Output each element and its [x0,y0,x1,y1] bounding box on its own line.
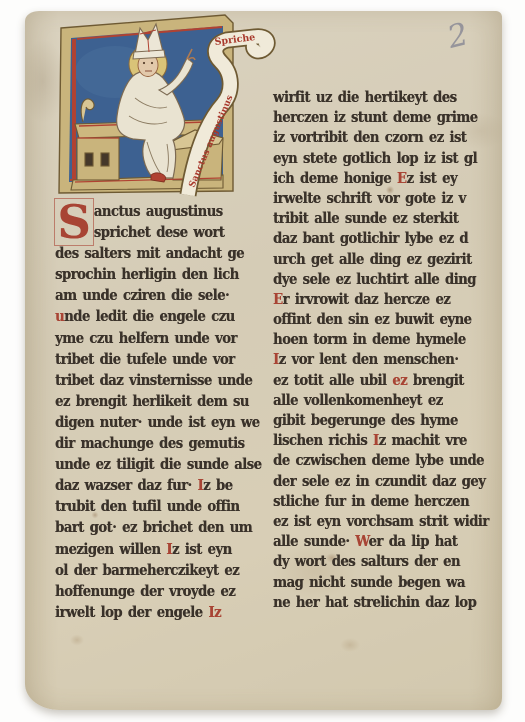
miniature-illumination: Sanctus augustinus Spriche [55,12,305,200]
body-text: dir machunge des gemutis [55,434,244,452]
body-text: alle sunde· [273,532,355,550]
text-line: mezigen willen Iz ist eyn [55,539,242,560]
body-text: anctus augustinus [94,202,223,220]
body-text: de czwischen deme lybe unde [273,451,484,469]
body-text: z be [203,476,232,494]
text-line: ez ist eyn vorchsam strit widir [273,511,460,531]
text-line: Iz vor lent den menschen· [273,349,460,369]
text-line: dy wort des salturs der en [273,551,460,571]
body-text: brengit [407,371,464,389]
body-text: nde ledit die engele czu [64,307,235,325]
body-text: tribet daz vinsternisse unde [55,371,252,389]
text-line: ez brengit herlikeit dem su [55,391,242,412]
body-text: ol der barmeherczikeyt ez [55,561,239,579]
body-text: z ist ey [406,169,457,187]
text-line: wirfit uz die hertikeyt des [273,87,460,107]
text-line: alle sunde· Wer da lip hat [273,531,460,551]
text-line: yme czu helfern unde vor [55,328,242,349]
text-line: digen nuter· unde ist eyn we [55,412,242,433]
text-line: ol der barmeherczikeyt ez [55,560,242,581]
text-line: der sele ez in czundit daz gey [273,471,460,491]
body-text: lischen richis [273,431,373,449]
text-line: iz vortribit den czorn ez ist [273,127,460,147]
body-text: ne her hat strelichin daz lop [273,593,476,611]
text-line: ne her hat strelichin daz lop [273,592,460,612]
body-text: r irvrowit daz hercze ez [283,290,451,308]
body-text: alle vollenkomenheyt ez [273,391,443,409]
body-text: des salters mit andacht ge [55,244,244,262]
body-text: der sele ez in czundit daz gey [273,472,485,490]
text-line: irwelt lop der engele Iz [55,602,242,623]
text-line: unde ez tiligit die sunde alse [55,454,242,475]
text-line: sprochin herligin den lich [55,264,242,285]
text-line: tribet die tufele unde vor [55,349,242,370]
body-text: stliche fur in deme herczen [273,492,469,510]
text-line: tribet daz vinsternisse unde [55,370,242,391]
body-text: ez brengit herlikeit dem su [55,392,249,410]
body-text: yme czu helfern unde vor [55,329,237,347]
rubricated-text: W [355,532,368,550]
body-text: sprichet dese wort [94,223,225,241]
text-line: bart got· ez brichet den um [55,517,242,538]
rubricated-text: u [55,307,64,325]
body-text: irwelt lop der engele [55,603,208,621]
text-line: dir machunge des gemutis [55,433,242,454]
text-line: ez totit alle ubil ez brengit [273,370,460,390]
body-text: sprochin herligin den lich [55,265,239,283]
body-text: gibit begerunge des hyme [273,411,458,429]
text-line: alle vollenkomenheyt ez [273,390,460,410]
body-text: wirfit uz die hertikeyt des [273,88,456,106]
text-line: hoffenunge der vroyde ez [55,581,242,602]
frame-red-trim [72,39,76,180]
text-line: herczen iz stunt deme grime [273,107,460,127]
text-column-right: wirfit uz die hertikeyt desherczen iz st… [273,87,485,612]
body-text: z ist eyn [172,540,232,558]
text-line: gibit begerunge des hyme [273,410,460,430]
text-line: lischen richis Iz machit vre [273,430,460,450]
body-text: er da lip hat [368,532,457,550]
text-line: des salters mit andacht ge [55,243,242,264]
body-text: dye sele ez luchtirt alle ding [273,270,476,288]
body-text: z vor lent den menschen· [279,350,459,368]
eye [143,62,145,64]
body-text: unde ez tiligit die sunde alse [55,455,261,473]
text-line: sprichet dese wort [55,222,242,243]
body-text: bart got· ez brichet den um [55,518,252,536]
text-column-left: anctus augustinussprichet dese wortdes s… [55,201,267,623]
body-text: tribet die tufele unde vor [55,350,235,368]
text-line: Er irvrowit daz hercze ez [273,289,460,309]
body-text: am unde cziren die sele· [55,286,229,304]
text-line: eyn stete gotlich lop iz ist gl [273,148,460,168]
rubricated-text: E [273,290,283,308]
text-line: tribit alle sunde ez sterkit [273,208,460,228]
body-text: ich deme honige [273,169,397,187]
text-line: dye sele ez luchtirt alle ding [273,269,460,289]
text-line: daz bant gotlichir lybe ez d [273,228,460,248]
text-line: urch get alle ding ez gezirit [273,249,460,269]
photo-background: Sanctus augustinus Spriche 2 S anctus au… [0,0,525,722]
body-text: hoen torm in deme hymele [273,330,466,348]
text-line: daz wazser daz fur· Iz be [55,475,242,496]
body-text: ez ist eyn vorchsam strit widir [273,512,489,530]
text-line: offint den sin ez buwit eyne [273,309,460,329]
body-text: digen nuter· unde ist eyn we [55,413,260,431]
body-text: herczen iz stunt deme grime [273,108,478,126]
body-text: mezigen willen [55,540,166,558]
body-text: urch get alle ding ez gezirit [273,250,472,268]
text-line: unde ledit die engele czu [55,306,242,327]
text-line: de czwischen deme lybe unde [273,450,460,470]
text-line: irwelte schrift vor gote iz v [273,188,460,208]
rubricated-text: E [397,169,407,187]
rubricated-text: Iz [208,603,221,621]
text-line: am unde cziren die sele· [55,285,242,306]
text-line: hoen torm in deme hymele [273,329,460,349]
rubricated-text: ez [392,371,407,389]
body-text: iz vortribit den czorn ez ist [273,128,466,146]
body-text: eyn stete gotlich lop iz ist gl [273,149,477,167]
body-text: tribit alle sunde ez sterkit [273,209,458,227]
text-line: anctus augustinus [55,201,242,222]
body-text: trubit den tufil unde offin [55,497,239,515]
eye [151,62,153,64]
body-text: ez totit alle ubil [273,371,392,389]
body-text: hoffenunge der vroyde ez [55,582,235,600]
body-text: daz wazser daz fur· [55,476,197,494]
text-line: mag nicht sunde begen wa [273,572,460,592]
body-text: mag nicht sunde begen wa [273,573,465,591]
text-line: trubit den tufil unde offin [55,496,242,517]
body-text: irwelte schrift vor gote iz v [273,189,466,207]
text-line: stliche fur in deme herczen [273,491,460,511]
body-text: offint den sin ez buwit eyne [273,310,471,328]
body-text: dy wort des salturs der en [273,552,460,570]
text-line: ich deme honige Ez ist ey [273,168,460,188]
body-text: z machit vre [379,431,467,449]
body-text: daz bant gotlichir lybe ez d [273,229,468,247]
